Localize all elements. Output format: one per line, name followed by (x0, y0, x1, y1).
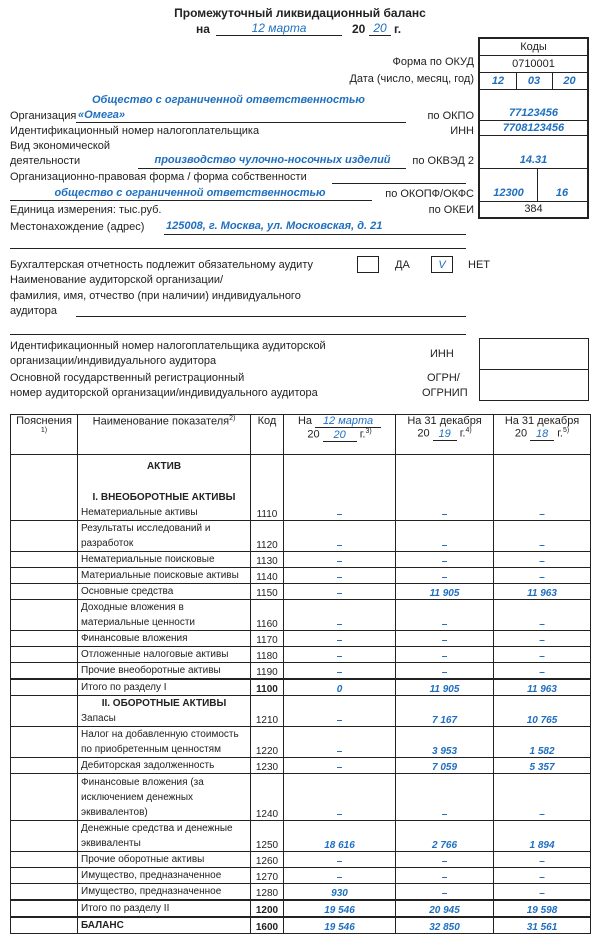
table-row: Доходные вложения в материальные ценност… (11, 600, 591, 631)
okfs-code: 16 (537, 169, 587, 202)
header-col1: На 12 марта 20 20 г.3) (284, 415, 396, 455)
row-value-current: – (284, 600, 396, 631)
auditor-name-label-3: аудитора (10, 305, 57, 317)
row-name: Имущество, предназначенное (78, 868, 251, 884)
table-row: Прочие внеоборотные активы1190––– (11, 663, 591, 680)
row-code: 1230 (251, 758, 284, 774)
row-notes (11, 696, 78, 727)
row-name: Финансовые вложения (78, 631, 251, 647)
row-value-current: – (284, 758, 396, 774)
row-value-prev-prev-year: – (494, 884, 591, 901)
row-value-current: – (284, 696, 396, 727)
org-name-line2: «Омега» (78, 109, 125, 121)
row-notes (11, 758, 78, 774)
auditor-name-label-2: фамилия, имя, отчество (при наличии) инд… (10, 290, 301, 302)
row-value-prev-prev-year: – (494, 600, 591, 631)
audit-no-checkbox[interactable]: V (431, 256, 453, 273)
table-row: Материальные поисковые активы1140––– (11, 568, 591, 584)
row-value-prev-prev-year: – (494, 663, 591, 680)
balance-table: Пояснения1) Наименование показателя2) Ко… (10, 414, 591, 934)
row-name: Результаты исследований и разработок (78, 521, 251, 552)
org-name-line1: Общество с ограниченной ответственностью (92, 94, 365, 106)
row-name: Налог на добавленную стоимость по приобр… (78, 727, 251, 758)
table-row: Основные средства1150–11 90511 963 (11, 584, 591, 600)
row-value-prev-year: 3 953 (396, 727, 494, 758)
okopf-label: по ОКОПФ/ОКФС (385, 188, 474, 200)
table-row: Прочие оборотные активы1260––– (11, 852, 591, 868)
row-code: 1150 (251, 584, 284, 600)
row-notes (11, 568, 78, 584)
row-code: 1250 (251, 821, 284, 852)
row-notes (11, 821, 78, 852)
row-value-prev-prev-year: – (494, 647, 591, 663)
okei-code: 384 (480, 202, 587, 217)
row-code: 1100 (251, 679, 284, 696)
title-date: 12 марта (216, 21, 342, 36)
auditor-ogrn-label-2: номер аудиторской организации/индивидуал… (10, 387, 318, 399)
row-code: 1260 (251, 852, 284, 868)
table-header-row: Пояснения1) Наименование показателя2) Ко… (11, 415, 591, 455)
address-label: Местонахождение (адрес) (10, 221, 144, 233)
row-name: Доходные вложения в материальные ценност… (78, 600, 251, 631)
okopf-code: 12300 (480, 169, 537, 202)
row-code: 1280 (251, 884, 284, 901)
okved-code: 14.31 (480, 136, 587, 169)
table-row: Имущество, предназначенное1280930–– (11, 884, 591, 901)
activity-label-2: деятельности (10, 155, 80, 167)
row-value-current: – (284, 727, 396, 758)
row-code: 1170 (251, 631, 284, 647)
row-value-prev-year: – (396, 774, 494, 821)
row-value-current: – (284, 521, 396, 552)
row-code: 1220 (251, 727, 284, 758)
date-year-code: 20 (552, 73, 587, 90)
auditor-ogrn-field[interactable] (479, 369, 589, 401)
row-value-current: 19 546 (284, 900, 396, 917)
codes-heading: Коды (480, 39, 587, 56)
table-row: Финансовые вложения (за исключением дене… (11, 774, 591, 821)
audit-yes-checkbox[interactable] (357, 256, 379, 273)
row-value-current: – (284, 774, 396, 821)
row-value-prev-prev-year: 11 963 (494, 679, 591, 696)
row-notes (11, 884, 78, 901)
row-name: Итого по разделу II (78, 900, 251, 917)
codes-box: Коды 0710001 12 03 20 77123456 770812345… (478, 37, 589, 219)
row-code: 1240 (251, 774, 284, 821)
table-row: АКТИВI. ВНЕОБОРОТНЫЕ АКТИВЫНематериальны… (11, 455, 591, 521)
row-value-current: – (284, 584, 396, 600)
title-year-unit: г. (394, 22, 401, 36)
row-value-prev-year: – (396, 568, 494, 584)
table-row: Результаты исследований и разработок1120… (11, 521, 591, 552)
row-name: АКТИВI. ВНЕОБОРОТНЫЕ АКТИВЫНематериальны… (78, 455, 251, 521)
auditor-ogrn-label-1: Основной государственный регистрационный (10, 372, 244, 384)
row-value-current: 0 (284, 679, 396, 696)
row-value-current: 19 546 (284, 917, 396, 934)
date-label: Дата (число, месяц, год) (349, 73, 474, 85)
row-value-prev-year: 2 766 (396, 821, 494, 852)
table-row: II. ОБОРОТНЫЕ АКТИВЫЗапасы1210–7 16710 7… (11, 696, 591, 727)
auditor-ogrn-code-label-1: ОГРН/ (427, 372, 460, 384)
row-value-prev-prev-year: – (494, 631, 591, 647)
title-year: 20 (369, 21, 391, 36)
auditor-inn-label-1: Идентификационный номер налогоплательщик… (10, 340, 326, 352)
row-notes (11, 852, 78, 868)
row-value-prev-prev-year: 19 598 (494, 900, 591, 917)
row-name: Имущество, предназначенное (78, 884, 251, 901)
row-name: Прочие оборотные активы (78, 852, 251, 868)
row-value-prev-prev-year: – (494, 852, 591, 868)
row-value-prev-prev-year: 10 765 (494, 696, 591, 727)
row-notes (11, 663, 78, 680)
auditor-inn-field[interactable] (479, 338, 589, 370)
row-notes (11, 521, 78, 552)
header-code: Код (251, 415, 284, 455)
row-code: 1200 (251, 900, 284, 917)
row-value-prev-prev-year: 1 582 (494, 727, 591, 758)
row-name: БАЛАНС (78, 917, 251, 934)
unit-label: Единица измерения: тыс.руб. (10, 204, 161, 216)
table-row: БАЛАНС160019 54632 85031 561 (11, 917, 591, 934)
row-code: 1210 (251, 696, 284, 727)
auditor-name-label-1: Наименование аудиторской организации/ (10, 274, 223, 286)
row-notes (11, 584, 78, 600)
title-on-label: на (196, 22, 210, 36)
row-name: Финансовые вложения (за исключением дене… (78, 774, 251, 821)
activity-value: производство чулочно-носочных изделий (140, 154, 405, 166)
row-code: 1270 (251, 868, 284, 884)
row-value-current: – (284, 631, 396, 647)
row-value-prev-prev-year: 31 561 (494, 917, 591, 934)
row-value-prev-prev-year: – (494, 455, 591, 521)
header-notes: Пояснения1) (11, 415, 78, 455)
page-title: Промежуточный ликвидационный баланс (0, 6, 600, 20)
row-value-prev-year: 7 059 (396, 758, 494, 774)
table-row: Имущество, предназначенное1270––– (11, 868, 591, 884)
row-code: 1190 (251, 663, 284, 680)
header-col3: На 31 декабря 20 18 г.5) (494, 415, 591, 455)
row-value-prev-year: 20 945 (396, 900, 494, 917)
address-value: 125008, г. Москва, ул. Московская, д. 21 (166, 220, 382, 232)
header-name: Наименование показателя2) (78, 415, 251, 455)
row-value-prev-prev-year: – (494, 868, 591, 884)
audit-question: Бухгалтерская отчетность подлежит обязат… (10, 259, 313, 271)
okved-label: по ОКВЭД 2 (412, 155, 474, 167)
row-value-prev-year: – (396, 868, 494, 884)
title-year-prefix: 20 (352, 22, 365, 36)
row-notes (11, 647, 78, 663)
row-value-prev-prev-year: 5 357 (494, 758, 591, 774)
row-value-current: 18 616 (284, 821, 396, 852)
row-value-prev-prev-year: – (494, 774, 591, 821)
row-code: 1600 (251, 917, 284, 934)
okpo-code: 77123456 (480, 90, 587, 121)
row-notes (11, 600, 78, 631)
row-value-current: 930 (284, 884, 396, 901)
date-day-code: 12 (480, 73, 516, 90)
row-value-prev-year: – (396, 663, 494, 680)
row-name: Итого по разделу I (78, 679, 251, 696)
org-label: Организация (10, 110, 76, 122)
audit-yes-label: ДА (395, 259, 410, 271)
row-code: 1140 (251, 568, 284, 584)
row-value-prev-year: – (396, 552, 494, 568)
row-code: 1160 (251, 600, 284, 631)
legal-form-label: Организационно-правовая форма / форма со… (10, 171, 307, 183)
row-notes (11, 455, 78, 521)
row-notes (11, 774, 78, 821)
row-notes (11, 917, 78, 934)
row-value-prev-year: – (396, 884, 494, 901)
row-name: II. ОБОРОТНЫЕ АКТИВЫЗапасы (78, 696, 251, 727)
row-value-prev-prev-year: – (494, 552, 591, 568)
table-row: Финансовые вложения1170––– (11, 631, 591, 647)
row-value-prev-year: – (396, 631, 494, 647)
row-notes (11, 868, 78, 884)
header-col2: На 31 декабря 20 19 г.4) (396, 415, 494, 455)
row-code: 1120 (251, 521, 284, 552)
table-row: Итого по разделу I1100011 90511 963 (11, 679, 591, 696)
section-2-title: II. ОБОРОТНЫЕ АКТИВЫ (81, 696, 247, 711)
table-row: Итого по разделу II120019 54620 94519 59… (11, 900, 591, 917)
row-name: Прочие внеоборотные активы (78, 663, 251, 680)
section-1-title: I. ВНЕОБОРОТНЫЕ АКТИВЫ (81, 474, 247, 505)
row-value-prev-year: – (396, 600, 494, 631)
row-name: Отложенные налоговые активы (78, 647, 251, 663)
row-name: Денежные средства и денежные эквиваленты (78, 821, 251, 852)
row-notes (11, 679, 78, 696)
table-row: Нематериальные поисковые1130––– (11, 552, 591, 568)
okud-label: Форма по ОКУД (393, 56, 475, 68)
row-value-prev-year: – (396, 852, 494, 868)
row-value-current: – (284, 868, 396, 884)
row-value-prev-year: 11 905 (396, 679, 494, 696)
auditor-inn-code-label: ИНН (430, 348, 454, 360)
row-value-prev-year: – (396, 521, 494, 552)
auditor-name-field[interactable] (76, 316, 466, 317)
okpo-label: по ОКПО (427, 110, 474, 122)
row-notes (11, 631, 78, 647)
row-code: 1180 (251, 647, 284, 663)
row-value-current: – (284, 552, 396, 568)
row-code: 1130 (251, 552, 284, 568)
row-name: Основные средства (78, 584, 251, 600)
row-notes (11, 727, 78, 758)
auditor-inn-label-2: организации/индивидуального аудитора (10, 355, 216, 367)
okud-code: 0710001 (480, 56, 587, 73)
row-value-current: – (284, 568, 396, 584)
row-value-prev-prev-year: – (494, 521, 591, 552)
auditor-ogrn-code-label-2: ОГРНИП (422, 387, 468, 399)
row-notes (11, 552, 78, 568)
table-row: Отложенные налоговые активы1180––– (11, 647, 591, 663)
row-value-prev-year: – (396, 647, 494, 663)
table-row: Денежные средства и денежные эквиваленты… (11, 821, 591, 852)
row-value-current: – (284, 455, 396, 521)
audit-no-label: НЕТ (468, 259, 490, 271)
row-value-prev-year: – (396, 455, 494, 521)
row-value-prev-year: 11 905 (396, 584, 494, 600)
row-name: Дебиторская задолженность (78, 758, 251, 774)
inn-code: 7708123456 (480, 121, 587, 136)
row-value-prev-year: 7 167 (396, 696, 494, 727)
row-value-current: – (284, 663, 396, 680)
row-value-prev-prev-year: 11 963 (494, 584, 591, 600)
section-asset: АКТИВ (81, 455, 247, 474)
date-month-code: 03 (516, 73, 552, 90)
row-value-prev-prev-year: – (494, 568, 591, 584)
row-value-prev-year: 32 850 (396, 917, 494, 934)
row-code: 1110 (251, 455, 284, 521)
row-value-current: – (284, 852, 396, 868)
row-value-prev-prev-year: 1 894 (494, 821, 591, 852)
row-notes (11, 900, 78, 917)
table-row: Дебиторская задолженность1230–7 0595 357 (11, 758, 591, 774)
inn-label: ИНН (450, 125, 474, 137)
legal-form-value: общество с ограниченной ответственностью (10, 187, 370, 199)
activity-label-1: Вид экономической (10, 140, 110, 152)
okei-label: по ОКЕИ (429, 204, 474, 216)
table-row: Налог на добавленную стоимость по приобр… (11, 727, 591, 758)
row-value-current: – (284, 647, 396, 663)
row-name: Нематериальные поисковые (78, 552, 251, 568)
row-name: Материальные поисковые активы (78, 568, 251, 584)
org-inn-label: Идентификационный номер налогоплательщик… (10, 125, 259, 137)
